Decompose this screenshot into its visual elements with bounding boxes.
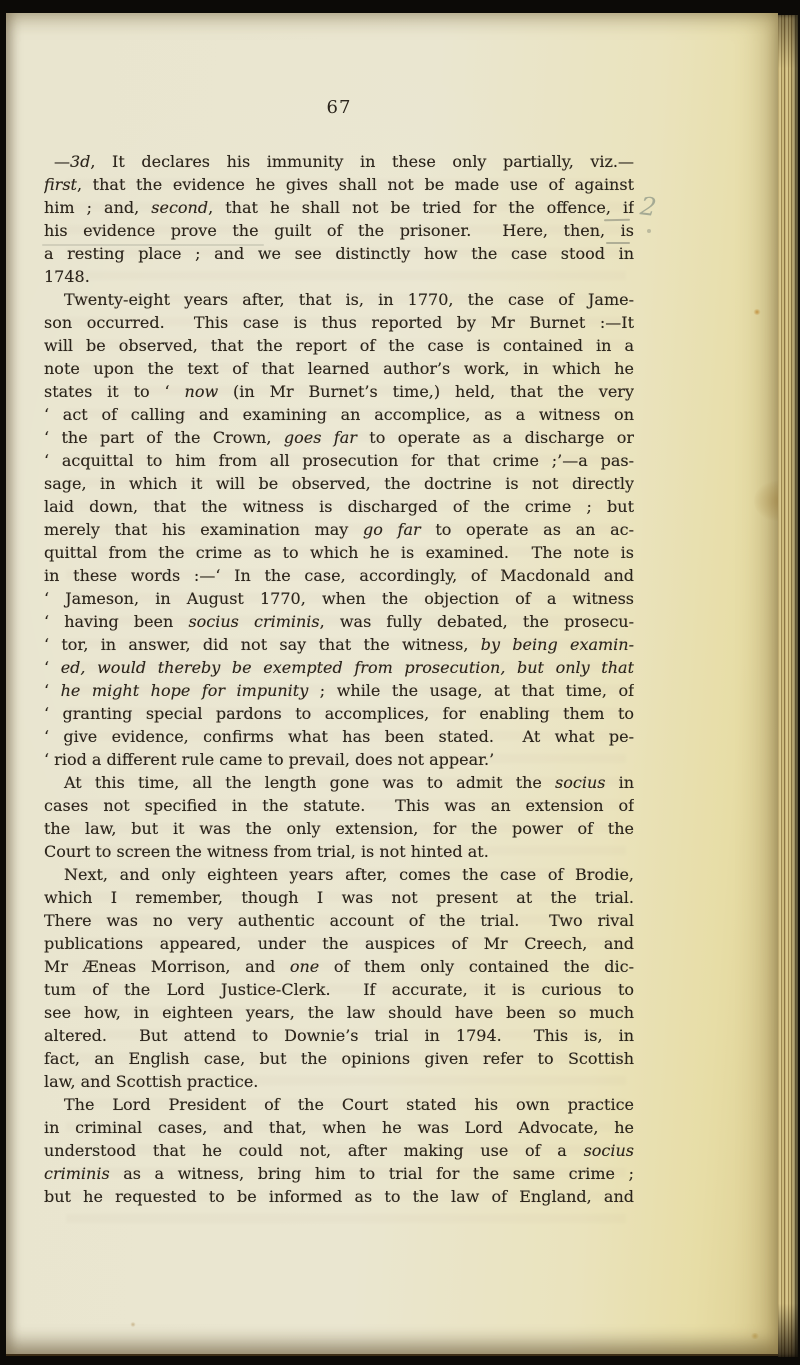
text-line: ‘ riod a different rule came to prevail,… (44, 748, 634, 771)
text-line: ‘ granting special pardons to accomplice… (44, 702, 634, 725)
text-line: altered. But attend to Downie’s trial in… (44, 1024, 634, 1047)
text-line: Court to screen the witness from trial, … (44, 840, 634, 863)
body-text: —3d, It declares his immunity in these o… (44, 150, 634, 1208)
text-line: ‘ tor, in answer, did not say that the w… (44, 633, 634, 656)
text-line: publications appeared, under the auspice… (44, 932, 634, 955)
paper-speck (750, 1333, 760, 1339)
page-number: 67 (44, 97, 634, 118)
text-line: quittal from the crime as to which he is… (44, 541, 634, 564)
pencil-margin-note: 2 (638, 191, 672, 228)
text-line: The Lord President of the Court stated h… (44, 1093, 634, 1116)
text-line: ‘ the part of the Crown, goes far to ope… (44, 426, 634, 449)
text-line: ‘ he might hope for impunity ; while the… (44, 679, 634, 702)
text-line: —3d, It declares his immunity in these o… (44, 150, 634, 173)
text-line: states it to ‘ now (in Mr Burnet’s time,… (44, 380, 634, 403)
text-line: in these words :—‘ In the case, accordin… (44, 564, 634, 587)
text-line: law, and Scottish practice. (44, 1070, 634, 1093)
text-line: sage, in which it will be observed, the … (44, 472, 634, 495)
text-line: Twenty-eight years after, that is, in 17… (44, 288, 634, 311)
text-line: the law, but it was the only extension, … (44, 817, 634, 840)
text-line: merely that his examination may go far t… (44, 518, 634, 541)
text-line: son occurred. This case is thus reported… (44, 311, 634, 334)
text-line: ‘ act of calling and examining an accomp… (44, 403, 634, 426)
text-line: in criminal cases, and that, when he was… (44, 1116, 634, 1139)
text-line: note upon the text of that learned autho… (44, 357, 634, 380)
text-line: cases not specified in the statute. This… (44, 794, 634, 817)
paper-speck (753, 309, 761, 315)
paper-speck (130, 1322, 136, 1327)
text-line: ‘ acquittal to him from all prosecution … (44, 449, 634, 472)
text-line: but he requested to be informed as to th… (44, 1185, 634, 1208)
book-page: 67 —3d, It declares his immunity in thes… (6, 13, 778, 1356)
text-line: Mr Æneas Morrison, and one of them only … (44, 955, 634, 978)
text-line: laid down, that the witness is discharge… (44, 495, 634, 518)
text-line: There was no very authentic account of t… (44, 909, 634, 932)
pencil-underline-faint (42, 244, 264, 246)
text-line: fact, an English case, but the opinions … (44, 1047, 634, 1070)
text-line: Next, and only eighteen years after, com… (44, 863, 634, 886)
text-line: ‘ having been socius criminis, was fully… (44, 610, 634, 633)
book-fore-edge-pages (778, 15, 798, 1357)
text-line: which I remember, though I was not prese… (44, 886, 634, 909)
text-line: first, that the evidence he gives shall … (44, 173, 634, 196)
text-line: him ; and, second, that he shall not be … (44, 196, 634, 219)
pencil-dot (647, 229, 651, 233)
text-line: understood that he could not, after maki… (44, 1139, 634, 1162)
text-line: At this time, all the length gone was to… (44, 771, 634, 794)
text-line: ‘ ed, would thereby be exempted from pro… (44, 656, 634, 679)
text-line: criminis as a witness, bring him to tria… (44, 1162, 634, 1185)
text-line: ‘ give evidence, confirms what has been … (44, 725, 634, 748)
text-line: will be observed, that the report of the… (44, 334, 634, 357)
book-scan: 67 —3d, It declares his immunity in thes… (0, 0, 800, 1365)
text-line: his evidence prove the guilt of the pris… (44, 219, 634, 242)
text-line: 1748. (44, 265, 634, 288)
text-line: see how, in eighteen years, the law shou… (44, 1001, 634, 1024)
pencil-underline-is (606, 242, 630, 244)
text-line: tum of the Lord Justice-Clerk. If accura… (44, 978, 634, 1001)
text-line: ‘ Jameson, in August 1770, when the obje… (44, 587, 634, 610)
